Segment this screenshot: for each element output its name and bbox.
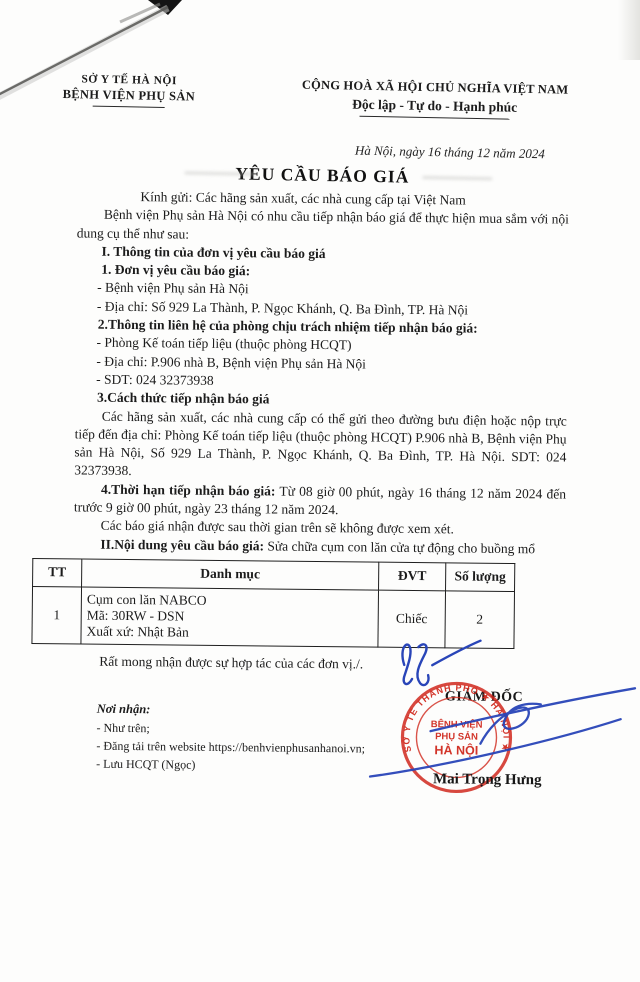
subsection-4-heading: 4.Thời hạn tiếp nhận báo giá: [101, 481, 276, 498]
signature-zone: Nơi nhận: - Như trên; - Đăng tải trên we… [0, 677, 637, 904]
page-title-text: YÊU CẦU BÁO GIÁ [235, 163, 409, 186]
cell-danh-muc: Cụm con lăn NABCO Mã: 30RW - DSN Xuất xứ… [81, 587, 379, 647]
issuing-org-block: SỞ Y TẾ HÀ NỘI BỆNH VIỆN PHỤ SẢN [4, 72, 255, 115]
deadline-paragraph: 4.Thời hạn tiếp nhận báo giá: Từ 08 giờ … [74, 480, 566, 522]
scanned-document-page: SỞ Y TẾ HÀ NỘI BỆNH VIỆN PHỤ SẢN CỘNG HO… [0, 0, 640, 982]
delivery-paragraph: Các hãng sản xuất, các nhà cung cấp có t… [74, 407, 567, 485]
col-header-so-luong: Số lượng [446, 563, 515, 592]
motto-underline [360, 116, 510, 120]
col-header-tt: TT [33, 558, 82, 587]
org-underline [93, 106, 165, 108]
cell-tt: 1 [32, 586, 82, 644]
closing-text: Rất mong nhận được sự hợp tác của các đơ… [72, 653, 363, 671]
recipients-heading: Nơi nhận: [97, 700, 366, 721]
item-origin: Xuất xứ: Nhật Bản [86, 624, 372, 643]
recipient-item: - Lưu HCQT (Ngọc) [96, 755, 365, 776]
col-header-dvt: ĐVT [379, 562, 446, 591]
scan-edge-shadow [618, 0, 640, 60]
section-2-heading-line: II.Nội dung yêu cầu báo giá: Sửa chữa cụ… [73, 535, 565, 558]
org-name: BỆNH VIỆN PHỤ SẢN [4, 86, 254, 106]
document-body: Kính gửi: Các hãng sản xuất, các nhà cun… [73, 187, 569, 558]
document-header: SỞ Y TẾ HÀ NỘI BỆNH VIỆN PHỤ SẢN CỘNG HO… [2, 72, 640, 192]
national-motto-block: CỘNG HOÀ XÃ HỘI CHỦ NGHĨA VIỆT NAM Độc l… [254, 77, 640, 122]
signer-name: Mai Trọng Hưng [433, 771, 542, 789]
col-header-danh-muc: Danh mục [82, 559, 379, 590]
section-2-heading: II.Nội dung yêu cầu báo giá: [100, 536, 264, 553]
national-motto: Độc lập - Tự do - Hạnh phúc [254, 95, 616, 118]
document-content: SỞ Y TẾ HÀ NỘI BỆNH VIỆN PHỤ SẢN CỘNG HO… [0, 0, 640, 982]
intro-paragraph: Bệnh viện Phụ sản Hà Nội có nhu cầu tiếp… [77, 206, 569, 248]
section-2-text: Sửa chữa cụm con lăn cửa tự động cho buồ… [264, 538, 535, 556]
scan-smudge [422, 176, 492, 180]
recipients-block: Nơi nhận: - Như trên; - Đăng tải trên we… [96, 700, 365, 776]
dateline: Hà Nội, ngày 16 tháng 12 năm 2024 [3, 136, 545, 162]
scan-smudge [184, 171, 256, 175]
